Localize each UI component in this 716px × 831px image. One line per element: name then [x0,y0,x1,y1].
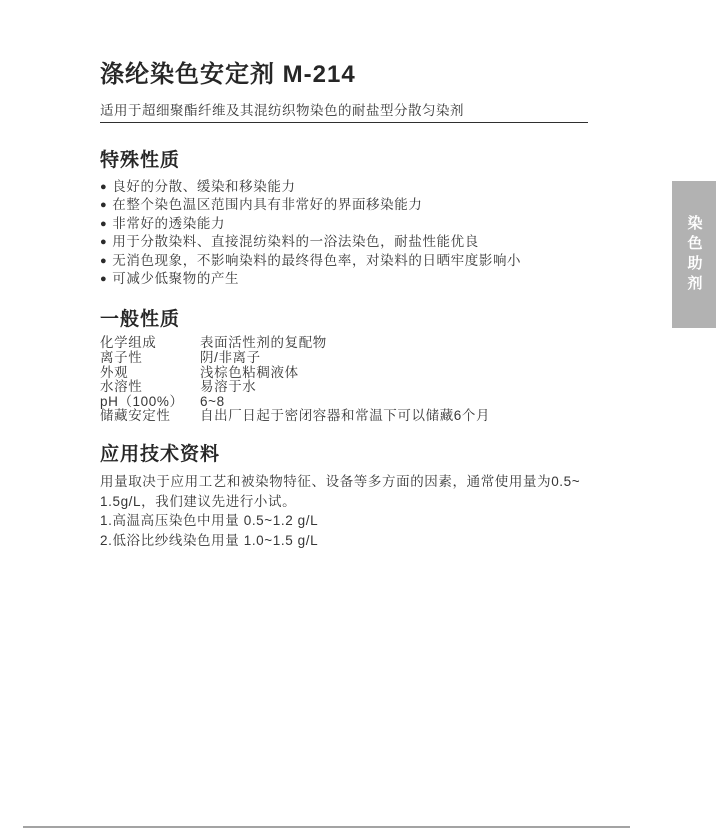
section-heading-special: 特殊性质 [100,149,592,172]
application-intro-line: 用量取决于应用工艺和被染物特征、设备等多方面的因素，通常使用量为0.5~ [100,472,592,492]
list-item-text: 在整个染色温区范围内具有非常好的界面移染能力 [112,196,422,214]
list-item: ● 无消色现象，不影响染料的最终得色率，对染料的日晒牢度影响小 [100,252,592,270]
bullet-icon: ● [100,233,107,251]
table-row: 水溶性 易溶于水 [100,380,592,395]
page-title: 涤纶染色安定剂 M-214 [100,60,592,90]
datasheet-content: 涤纶染色安定剂 M-214 适用于超细聚酯纤维及其混纺织物染色的耐盐型分散匀染剂… [100,0,592,550]
bullet-icon: ● [100,252,107,270]
property-label: 水溶性 [100,380,200,395]
list-item: ● 良好的分散、缓染和移染能力 [100,178,592,196]
table-row: 外观 浅棕色粘稠液体 [100,366,592,381]
list-item-text: 无消色现象，不影响染料的最终得色率，对染料的日晒牢度影响小 [112,252,521,270]
property-label: 离子性 [100,351,200,366]
title-divider [100,122,588,123]
category-tab: 染色助剂 [672,181,716,328]
application-dosage-item: 2.低浴比纱线染色用量 1.0~1.5 g/L [100,531,592,551]
application-intro-line: 1.5g/L，我们建议先进行小试。 [100,492,592,512]
table-row: 离子性 阴/非离子 [100,351,592,366]
section-general-properties: 一般性质 化学组成 表面活性剂的复配物 离子性 阴/非离子 外观 浅棕色粘稠液体… [100,308,592,424]
property-value: 表面活性剂的复配物 [200,336,592,351]
category-tab-label: 染色助剂 [684,215,705,295]
property-label: 储藏安定性 [100,409,200,424]
application-dosage-item: 1.高温高压染色中用量 0.5~1.2 g/L [100,511,592,531]
page-subtitle: 适用于超细聚酯纤维及其混纺织物染色的耐盐型分散匀染剂 [100,103,592,119]
property-value: 浅棕色粘稠液体 [200,366,592,381]
list-item: ● 在整个染色温区范围内具有非常好的界面移染能力 [100,196,592,214]
property-label: 化学组成 [100,336,200,351]
table-row: 储藏安定性 自出厂日起于密闭容器和常温下可以储藏6个月 [100,409,592,424]
general-properties-table: 化学组成 表面活性剂的复配物 离子性 阴/非离子 外观 浅棕色粘稠液体 水溶性 … [100,336,592,424]
bullet-icon: ● [100,196,107,214]
section-special-properties: 特殊性质 ● 良好的分散、缓染和移染能力 ● 在整个染色温区范围内具有非常好的界… [100,149,592,288]
list-item-text: 非常好的透染能力 [112,215,225,233]
bullet-icon: ● [100,270,107,288]
list-item-text: 用于分散染料、直接混纺染料的一浴法染色，耐盐性能优良 [112,233,479,251]
bullet-icon: ● [100,178,107,196]
list-item-text: 可减少低聚物的产生 [112,270,239,288]
special-properties-list: ● 良好的分散、缓染和移染能力 ● 在整个染色温区范围内具有非常好的界面移染能力… [100,178,592,288]
section-application: 应用技术资料 用量取决于应用工艺和被染物特征、设备等多方面的因素，通常使用量为0… [100,443,592,550]
application-text: 用量取决于应用工艺和被染物特征、设备等多方面的因素，通常使用量为0.5~ 1.5… [100,472,592,550]
list-item: ● 可减少低聚物的产生 [100,270,592,288]
property-value: 自出厂日起于密闭容器和常温下可以储藏6个月 [200,409,592,424]
list-item: ● 非常好的透染能力 [100,215,592,233]
section-heading-application: 应用技术资料 [100,443,592,466]
property-value: 阴/非离子 [200,351,592,366]
list-item-text: 良好的分散、缓染和移染能力 [112,178,295,196]
property-value: 易溶于水 [200,380,592,395]
bullet-icon: ● [100,215,107,233]
table-row: 化学组成 表面活性剂的复配物 [100,336,592,351]
section-heading-general: 一般性质 [100,308,592,331]
footer-divider [23,826,630,828]
list-item: ● 用于分散染料、直接混纺染料的一浴法染色，耐盐性能优良 [100,233,592,251]
